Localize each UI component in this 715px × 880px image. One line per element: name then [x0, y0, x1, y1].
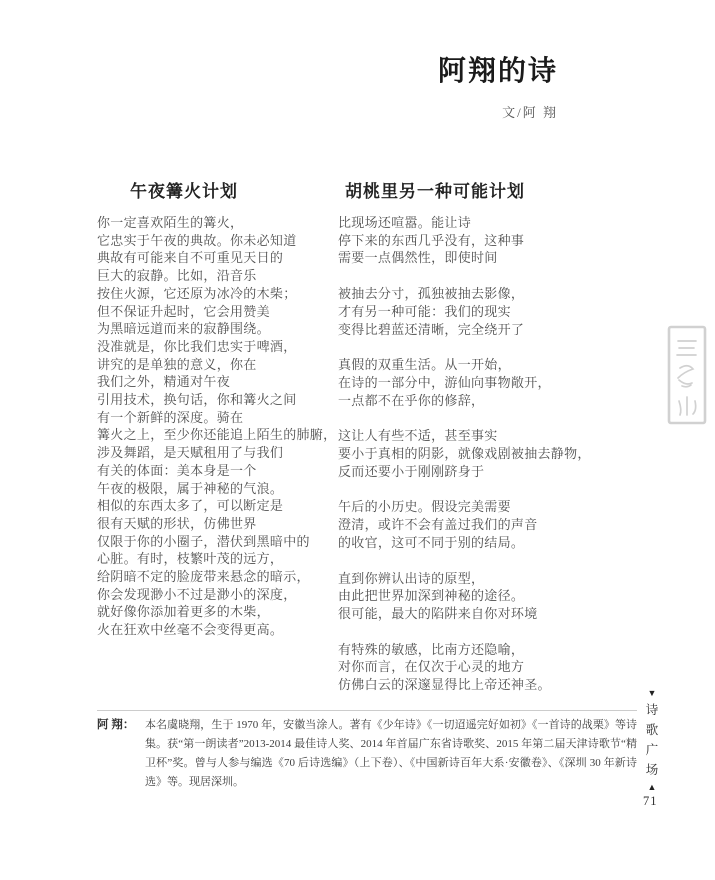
- poem-line: 你会发现渺小不过是渺小的深度，: [97, 586, 335, 604]
- stanza: 被抽去分寸，孤独被抽去影像，才有另一种可能：我们的现实变得比碧蓝还清晰，完全绕开…: [338, 285, 608, 338]
- bio-text: 本名虞晓翔，生于 1970 年，安徽当涂人。著有《少年诗》《一切迢遥完好如初》《…: [145, 716, 637, 792]
- byline: 文/阿 翔: [0, 102, 558, 121]
- poem-midnight-bonfire: 午夜篝火计划 你一定喜欢陌生的篝火，它忠实于午夜的典故。你未必知道典故有可能来自…: [97, 182, 335, 657]
- poem-body: 比现场还喧嚣。能让诗停下来的东西几乎没有，这种事需要一点偶然性，即使时间被抽去分…: [338, 214, 608, 694]
- stanza: 比现场还喧嚣。能让诗停下来的东西几乎没有，这种事需要一点偶然性，即使时间: [338, 214, 608, 267]
- poem-line: 篝火之上，至少你还能追上陌生的肺腑，: [97, 426, 335, 444]
- poem-title: 胡桃里另一种可能计划: [345, 182, 608, 202]
- poem-line: 给阴暗不定的脸庞带来悬念的暗示，: [97, 568, 335, 586]
- stanza: 午后的小历史。假设完美需要澄清，或许不会有盖过我们的声音的收官，这可不同于别的结…: [338, 498, 608, 551]
- poem-line: 有特殊的敏感，比南方还隐喻，: [338, 641, 608, 659]
- poem-walnut-plan: 胡桃里另一种可能计划 比现场还喧嚣。能让诗停下来的东西几乎没有，这种事需要一点偶…: [338, 182, 608, 712]
- poem-line: 仅限于你的小圈子，潜伏到黑暗中的: [97, 533, 335, 551]
- poem-line: 由此把世界加深到神秘的途径。: [338, 587, 608, 605]
- poem-line: 火在狂欢中丝毫不会变得更高。: [97, 621, 335, 639]
- poem-line: 比现场还喧嚣。能让诗: [338, 214, 608, 232]
- section-nav: ▼ 诗 歌 广 场 ▲: [640, 686, 664, 794]
- poem-line: 你一定喜欢陌生的篝火，: [97, 214, 335, 232]
- poem-line: 讲究的是单独的意义，你在: [97, 356, 335, 374]
- section-label-char: 广: [646, 740, 659, 760]
- poem-line: 在诗的一部分中，游仙向事物敞开，: [338, 374, 608, 392]
- stanza: 直到你辨认出诗的原型，由此把世界加深到神秘的途径。很可能，最大的陷阱来自你对环境: [338, 570, 608, 623]
- poem-line: 需要一点偶然性，即使时间: [338, 249, 608, 267]
- section-label-char: 场: [646, 760, 659, 780]
- poem-line: 很有天赋的形状，仿佛世界: [97, 515, 335, 533]
- poem-line: 有一个新鲜的深度。骑在: [97, 409, 335, 427]
- poem-line: 没准就是，你比我们忠实于啤酒，: [97, 338, 335, 356]
- poem-line: 这让人有些不适，甚至事实: [338, 427, 608, 445]
- stanza: 这让人有些不适，甚至事实要小于真相的阴影，就像戏剧被抽去静物，反而还要小于刚刚跻…: [338, 427, 608, 480]
- header: 阿翔的诗 文/阿 翔: [0, 56, 558, 121]
- poem-line: 停下来的东西几乎没有，这种事: [338, 232, 608, 250]
- poem-line: 就好像你添加着更多的木柴，: [97, 603, 335, 621]
- poem-line: 要小于真相的阴影，就像戏剧被抽去静物，: [338, 445, 608, 463]
- poem-line: 有关的体面：美本身是一个: [97, 462, 335, 480]
- poem-line: 引用技术，换句话，你和篝火之间: [97, 391, 335, 409]
- poem-body: 你一定喜欢陌生的篝火，它忠实于午夜的典故。你未必知道典故有可能来自不可重见天日的…: [97, 214, 335, 639]
- poem-line: 的收官，这可不同于别的结局。: [338, 534, 608, 552]
- poem-line: 为黑暗远道而来的寂静围绕。: [97, 320, 335, 338]
- section-label-char: 歌: [646, 720, 659, 740]
- poem-line: 很可能，最大的陷阱来自你对环境: [338, 605, 608, 623]
- poem-line: 澄清，或许不会有盖过我们的声音: [338, 516, 608, 534]
- stanza: 你一定喜欢陌生的篝火，它忠实于午夜的典故。你未必知道典故有可能来自不可重见天日的…: [97, 214, 335, 639]
- stanza: 有特殊的敏感，比南方还隐喻，对你而言，在仅次于心灵的地方仿佛白云的深邃显得比上帝…: [338, 641, 608, 694]
- section-label-char: 诗: [646, 700, 659, 720]
- poem-line: 午夜的极限，属于神秘的气浪。: [97, 480, 335, 498]
- bio-author-label: 阿 翔：: [97, 716, 145, 792]
- author-bio: 阿 翔： 本名虞晓翔，生于 1970 年，安徽当涂人。著有《少年诗》《一切迢遥完…: [97, 716, 637, 792]
- poem-line: 午后的小历史。假设完美需要: [338, 498, 608, 516]
- poem-line: 仿佛白云的深邃显得比上帝还神圣。: [338, 676, 608, 694]
- poem-line: 真假的双重生活。从一开始，: [338, 356, 608, 374]
- triangle-down-icon: ▼: [648, 686, 657, 700]
- poem-line: 被抽去分寸，孤独被抽去影像，: [338, 285, 608, 303]
- poem-line: 直到你辨认出诗的原型，: [338, 570, 608, 588]
- poem-line: 涉及舞蹈，是天赋租用了与我们: [97, 444, 335, 462]
- magazine-page: 阿翔的诗 文/阿 翔 午夜篝火计划 你一定喜欢陌生的篝火，它忠实于午夜的典故。你…: [0, 0, 715, 880]
- poem-line: 但不保证升起时，它会用赞美: [97, 303, 335, 321]
- poem-line: 心脏。有时，枝繁叶茂的远方，: [97, 550, 335, 568]
- stanza: 真假的双重生活。从一开始，在诗的一部分中，游仙向事物敞开，一点都不在乎你的修辞，: [338, 356, 608, 409]
- bio-divider: [97, 710, 637, 711]
- poem-line: 相似的东西太多了，可以断定是: [97, 497, 335, 515]
- poem-line: 变得比碧蓝还清晰，完全绕开了: [338, 321, 608, 339]
- poem-line: 巨大的寂静。比如，沿音乐: [97, 267, 335, 285]
- page-number: 71: [643, 794, 658, 809]
- poem-line: 一点都不在乎你的修辞，: [338, 392, 608, 410]
- poem-line: 对你而言，在仅次于心灵的地方: [338, 658, 608, 676]
- poem-line: 我们之外，精通对午夜: [97, 373, 335, 391]
- page-title: 阿翔的诗: [0, 56, 558, 88]
- poem-line: 才有另一种可能：我们的现实: [338, 303, 608, 321]
- poem-line: 它忠实于午夜的典故。你未必知道: [97, 232, 335, 250]
- poem-line: 反而还要小于刚刚跻身于: [338, 463, 608, 481]
- poem-line: 典故有可能来自不可重见天日的: [97, 249, 335, 267]
- poem-title: 午夜篝火计划: [130, 182, 335, 202]
- triangle-up-icon: ▲: [648, 780, 657, 794]
- seal-icon: [666, 324, 708, 426]
- poem-line: 按住火源，它还原为冰冷的木柴；: [97, 285, 335, 303]
